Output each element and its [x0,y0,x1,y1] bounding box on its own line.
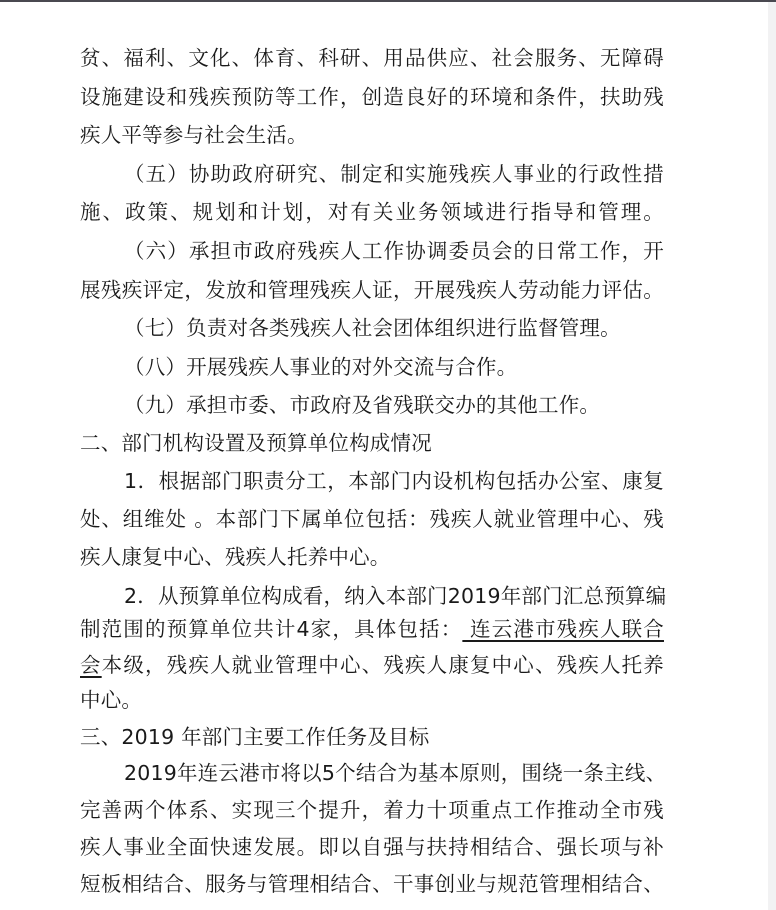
list-item-6: （六）承担市政府残疾人工作协调委员会的日常工作，开 [80,237,664,265]
paragraph-line: 处、组维处 。本部门下属单位包括：残疾人就业管理中心、残 [80,505,664,533]
line-text: 制范围的预算单位共计4家，具体包括： [80,617,462,641]
paragraph-line: 疾人平等参与社会生活。 [80,121,664,149]
scrollbar-track[interactable] [768,2,776,910]
paragraph-line: 完善两个体系、实现三个提升，着力十项重点工作推动全市残 [80,796,664,824]
numbered-item-1: 1．根据部门职责分工，本部门内设机构包括办公室、康复 [80,467,664,495]
list-item-7: （七）负责对各类残疾人社会团体组织进行监督管理。 [80,314,664,342]
underlined-org-name: 会 [80,653,102,677]
list-item-5: （五）协助政府研究、制定和实施残疾人事业的行政性措 [80,160,664,188]
paragraph-line: 2019年连云港市将以5个结合为基本原则，围绕一条主线、 [80,759,664,787]
paragraph-line: 会本级，残疾人就业管理中心、残疾人康复中心、残疾人托养 [80,651,664,679]
line-text: 本级，残疾人就业管理中心、残疾人康复中心、残疾人托养 [102,653,664,677]
underlined-org-name: 连云港市残疾人联合 [462,617,664,641]
paragraph-line: 贫、福利、文化、体育、科研、用品供应、社会服务、无障碍 [80,44,664,72]
paragraph-line: 中心。 [80,686,664,714]
window-top-border [0,0,776,2]
section-heading-3: 三、2019 年部门主要工作任务及目标 [80,723,664,751]
numbered-item-2: 2．从预算单位构成看，纳入本部门2019年部门汇总预算编 [80,582,664,610]
list-item-8: （八）开展残疾人事业的对外交流与合作。 [80,353,664,381]
paragraph-line: 疾人事业全面快速发展。即以自强与扶持相结合、强长项与补 [80,833,664,861]
paragraph-line: 设施建设和残疾预防等工作，创造良好的环境和条件，扶助残 [80,83,664,111]
section-heading-2: 二、部门机构设置及预算单位构成情况 [80,429,664,457]
paragraph-line: 制范围的预算单位共计4家，具体包括： 连云港市残疾人联合 [80,615,664,643]
paragraph-line: 施、政策、规划和计划，对有关业务领域进行指导和管理。 [80,198,664,226]
paragraph-line: 短板相结合、服务与管理相结合、干事创业与规范管理相结合、 [80,870,664,898]
list-item-9: （九）承担市委、市政府及省残联交办的其他工作。 [80,391,664,419]
paragraph-line: 展残疾评定，发放和管理残疾人证，开展残疾人劳动能力评估。 [80,276,664,304]
paragraph-line: 疾人康复中心、残疾人托养中心。 [80,543,664,571]
